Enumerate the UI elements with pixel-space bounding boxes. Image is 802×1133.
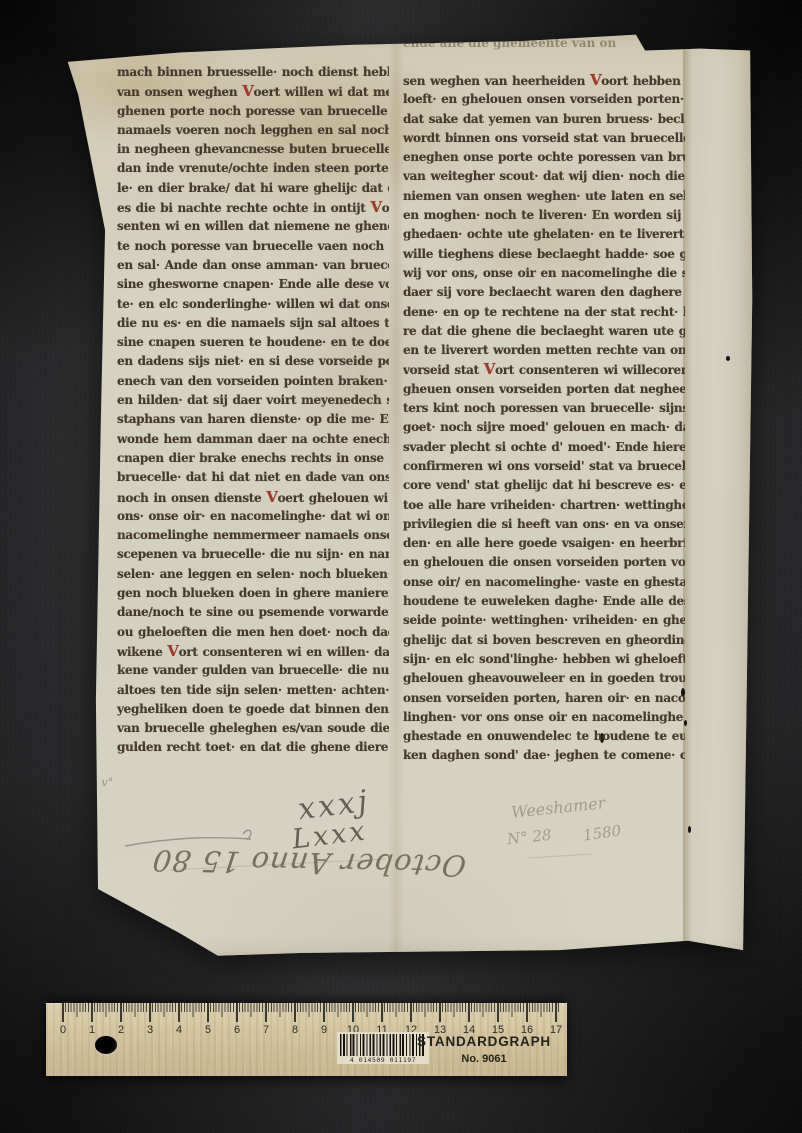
manuscript-line: altoes ten tide sijn selen· metten· acht… (117, 681, 389, 700)
manuscript-left-column: mach binnen bruesselle· noch dienst hebb… (117, 63, 389, 758)
manuscript-line: eneghen onse porte ochte poressen van br… (403, 148, 685, 167)
archivist-pencil-year: 1580 (582, 821, 622, 844)
manuscript-line: le· en dier brake/ dat hi ware ghelijc d… (117, 179, 389, 198)
manuscript-line: ghestade en onuwendelec te houdene te eu… (403, 727, 685, 746)
manuscript-line: en moghen· noch te liveren· En worden si… (403, 206, 685, 225)
manuscript-line: goet· noch sijre moed' gelouen en mach· … (403, 418, 685, 437)
manuscript-line: staphans van haren dienste· op die me· E… (117, 410, 389, 429)
ruler-cm-number: 4 (176, 1024, 182, 1036)
manuscript-line: es die bi nachte rechte ochte in ontijt … (117, 198, 389, 217)
manuscript-line: kene vander gulden van bruecelle· die nu… (117, 661, 389, 680)
rubric-initial: V (590, 71, 601, 89)
manuscript-line: en hilden· dat sij daer voirt meyenedech… (117, 391, 389, 410)
manuscript-line: en te liverert worden metten rechte van … (403, 341, 685, 360)
manuscript-line: van onsen weghen Voert willen wi dat men… (117, 82, 389, 101)
manuscript-line: senten wi en willen dat niemene ne ghene… (117, 217, 389, 236)
manuscript-line: vorseid stat Vort consenteren wi willeco… (403, 360, 685, 379)
manuscript-line: linghen· vor ons onse oir en nacomelingh… (403, 708, 685, 727)
foliation-pencil-note: 2 v° (91, 776, 113, 789)
manuscript-line: sine cnapen sueren te houdene· en te doe… (117, 333, 389, 352)
rubric-initial: V (242, 82, 253, 100)
parchment-hole (726, 356, 730, 361)
ruler-brand: STANDARDGRAPH (384, 1034, 584, 1049)
manuscript-line: gheuen onsen vorseiden porten dat neghee… (403, 380, 685, 399)
rubric-initial: V (167, 642, 178, 660)
manuscript-line: sijn· en elc sond'linghe· hebben wi ghel… (403, 650, 685, 669)
ruler-cm-number: 2 (118, 1024, 124, 1036)
manuscript-line: onsen vorseiden porten, haren oir· en na… (403, 689, 685, 708)
manuscript-right-column: sen weghen van heerheiden Voort hebben w… (403, 71, 685, 766)
manuscript-line: en dadens sijs niet· en si dese vorseide… (117, 352, 389, 371)
ruler-brand-block: STANDARDGRAPH No. 9061 (384, 1034, 584, 1065)
manuscript-line: cnapen dier brake enechs rechts in onse … (117, 449, 389, 468)
manuscript-line: enech van den vorseiden pointen braken· … (117, 372, 389, 391)
manuscript-line: onse oir/ en nacomelinghe· vaste en ghes… (403, 573, 685, 592)
ruler-cm-number: 1 (89, 1024, 95, 1036)
manuscript-line: ou gheloeften die men hen doet· noch dae… (117, 623, 389, 642)
manuscript-line: sen weghen van heerheiden Voort hebben w… (403, 71, 685, 90)
manuscript-line: seide pointe· wettinghen· vriheiden· en … (403, 611, 685, 630)
manuscript-line: te· en elc sonderlinghe· willen wi dat o… (117, 295, 389, 314)
manuscript-line: scepenen va bruecelle· die nu sijn· en n… (117, 545, 389, 564)
manuscript-line: houdene te euweleken daghe· Ende alle de… (403, 592, 685, 611)
manuscript-line: ons· onse oir· en nacomelinghe· dat wi o… (117, 507, 389, 526)
manuscript-line: loeft· en ghelouen onsen vorseiden porte… (403, 90, 685, 109)
manuscript-line: en ghelouen die onsen vorseiden porten v… (403, 553, 685, 572)
ruler-cm-number: 8 (292, 1024, 298, 1036)
manuscript-line: toe alle hare vriheiden· chartren· wetti… (403, 496, 685, 515)
ruler-hanging-hole (95, 1036, 117, 1054)
ruler-cm-number: 5 (205, 1024, 211, 1036)
ruler-cm-ticks (62, 1003, 559, 1022)
manuscript-line: namaels voeren noch legghen en sal noch … (117, 121, 389, 140)
ruler-cm-number: 6 (234, 1024, 240, 1036)
manuscript-line: confirmeren wi ons vorseid' stat va brue… (403, 457, 685, 476)
manuscript-line: dat sake dat yemen van buren bruess· bec… (403, 110, 685, 129)
ruler-model: No. 9061 (384, 1053, 584, 1065)
ruler: 01234567891011121314151617 4 014509 0111… (46, 1003, 567, 1076)
manuscript-line: nacomelinghe nemmermeer namaels onsen li… (117, 526, 389, 545)
manuscript-line: mach binnen bruesselle· noch dienst hebb… (117, 63, 389, 82)
manuscript-line: ken daghen sond' dae· jeghen te comene· … (403, 746, 685, 765)
manuscript-line: re dat die ghene die beclaeght waren ute… (403, 322, 685, 341)
manuscript-line: van weitegher scout· dat wij dien· noch … (403, 167, 685, 186)
manuscript-line: gen noch blueken doen in ghere manieren/… (117, 584, 389, 603)
manuscript-line: dane/noch te sine ou psemende vorwarden·… (117, 603, 389, 622)
manuscript-line: daer sij vore beclaecht waren den dagher… (403, 283, 685, 302)
manuscript-line: den· en alle here goede vsaigen· en heer… (403, 534, 685, 553)
ruler-cm-number: 7 (263, 1024, 269, 1036)
archivist-pencil-number: N° 28 (506, 826, 552, 849)
manuscript-line: in negheen ghevancnesse buten bruecelle·… (117, 140, 389, 159)
ruler-cm-number: 9 (321, 1024, 327, 1036)
manuscript-line: gulden recht toet· en dat die ghene dier… (117, 738, 389, 757)
manuscript-line: selen· ane leggen en selen· noch blueken… (117, 565, 389, 584)
ruler-cm-number: 0 (60, 1024, 66, 1036)
manuscript-line: sine ghesworne cnapen· Ende alle dese vo… (117, 275, 389, 294)
manuscript-line: noch in onsen dienste Voert ghelouen wi … (117, 488, 389, 507)
manuscript-line: ghenen porte noch poresse van bruecelle … (117, 102, 389, 121)
manuscript-line: en sal· Ande dan onse amman· van bruecel… (117, 256, 389, 275)
rubric-initial: V (484, 360, 495, 378)
manuscript-line: bruecelle· dat hi dat niet en dade van o… (117, 468, 389, 487)
manuscript-line: niemen van onsen weghen· ute laten en se… (403, 187, 685, 206)
manuscript-line: svader plecht si ochte d' moed'· Ende hi… (403, 438, 685, 457)
manuscript-line: te noch poresse van bruecelle vaen noch … (117, 237, 389, 256)
ruler-cm-number: 3 (147, 1024, 153, 1036)
archivist-pencil-name: Weeshamer (510, 793, 606, 822)
right-fold-margin (683, 42, 760, 960)
manuscript-line: yegheliken doen te goede dat binnen den … (117, 700, 389, 719)
manuscript-line: wij vor ons, onse oir en nacomelinghe di… (403, 264, 685, 283)
manuscript-line: ghelouen gheavouweleer en in goeden trou… (403, 669, 685, 688)
parchment-hole (692, 946, 695, 952)
manuscript-line: core vend' stat ghelijc dat hi bescreve … (403, 476, 685, 495)
manuscript-line: ghelijc dat si boven bescreven en gheord… (403, 631, 685, 650)
parchment: ende alle die ghemeente van on mach binn… (55, 28, 760, 968)
manuscript-line: wordt binnen ons vorseid stat van bruece… (403, 129, 685, 148)
manuscript-line: dene· en op te rechtene na der stat rech… (403, 303, 685, 322)
rubric-initial: V (370, 198, 381, 216)
photographed-scene: ende alle die ghemeente van on mach binn… (0, 0, 802, 1133)
center-crease (388, 38, 404, 953)
manuscript-line: ters kint noch poressen van bruecelle· s… (403, 399, 685, 418)
manuscript-line: wille tieghens diese beclaeght hadde· so… (403, 245, 685, 264)
manuscript-line: dan inde vrenute/ochte inden steen porte… (117, 159, 389, 178)
parchment-wrapper: ende alle die ghemeente van on mach binn… (55, 28, 760, 968)
rubric-initial: V (266, 488, 277, 506)
manuscript-line: wonde hem damman daer na ochte enech va … (117, 430, 389, 449)
upside-down-date-inscription: October Anno 15 80 (111, 843, 507, 884)
trimmed-top-line: ende alle die ghemeente van on (403, 36, 693, 50)
manuscript-line: ghedaen· ochte ute ghelaten· en te liver… (403, 225, 685, 244)
manuscript-line: privilegien die si heeft van ons· en va … (403, 515, 685, 534)
manuscript-line: die nu es· en die namaels sijn sal altoe… (117, 314, 389, 333)
manuscript-line: van bruecelle gheleghen es/van soude die… (117, 719, 389, 738)
manuscript-line: wikene Vort consenteren wi en willen· da… (117, 642, 389, 661)
parchment-hole (688, 826, 691, 833)
